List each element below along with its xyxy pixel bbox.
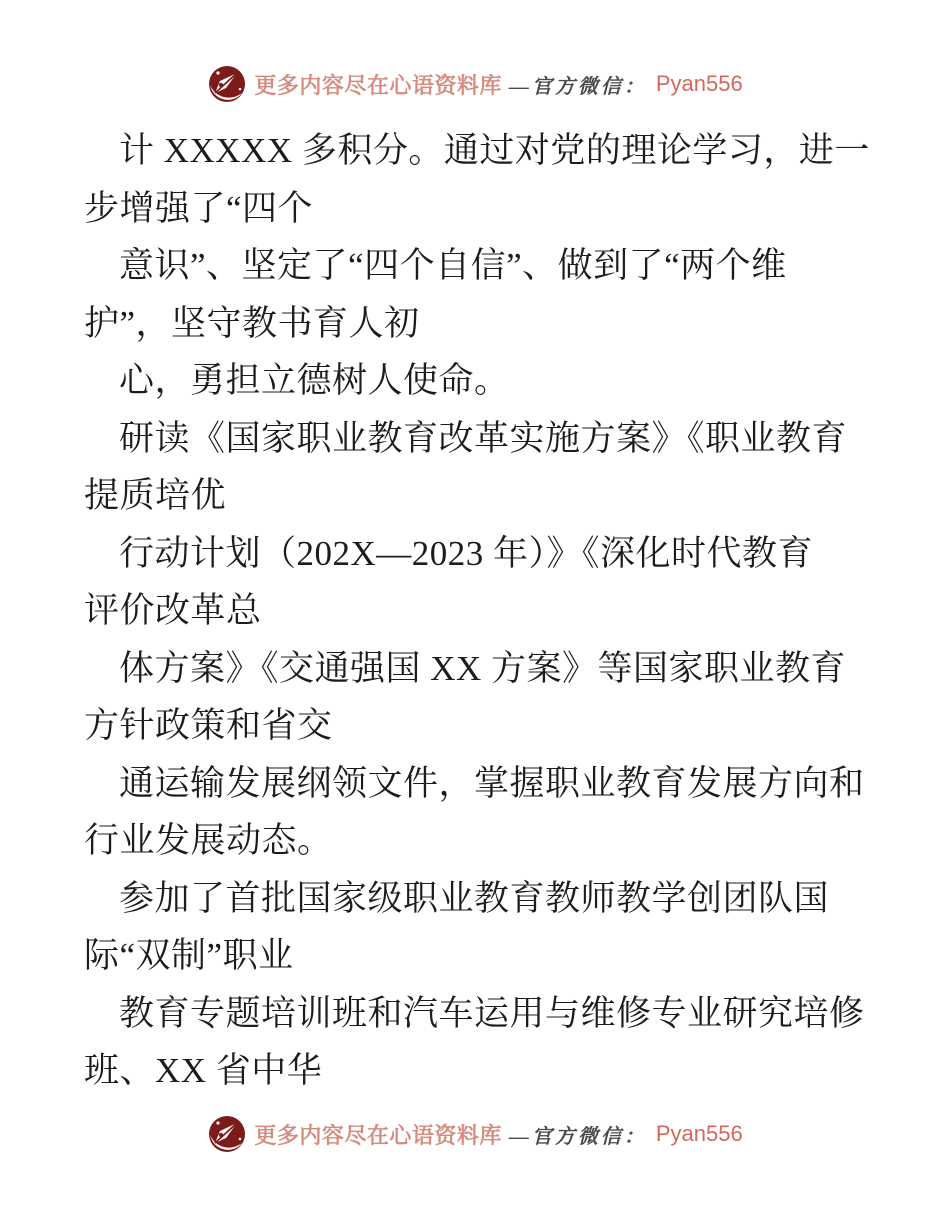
- document-page: { "theme": { "page-bg": "#ffffff", "text…: [0, 0, 950, 1230]
- text-line: 方针政策和省交: [84, 697, 896, 755]
- text-line: 计 XXXXX 多积分。通过对党的理论学习，进一: [84, 122, 896, 180]
- brand-text: 更多内容尽在心语资料库: [254, 1119, 502, 1150]
- wechat-label: —官方微信：: [509, 1120, 647, 1149]
- document-body: 计 XXXXX 多积分。通过对党的理论学习，进一步增强了“四个意识”、坚定了“四…: [84, 122, 896, 1100]
- text-line: 参加了首批国家级职业教育教师教学创团队国: [84, 870, 896, 928]
- text-line: 评价改革总: [84, 582, 896, 640]
- text-line: 提质培优: [84, 467, 896, 525]
- text-line: 步增强了“四个: [84, 180, 896, 238]
- text-line: 行业发展动态。: [84, 812, 896, 870]
- footer-watermark: 更多内容尽在心语资料库 —官方微信： Pyan556: [0, 1114, 950, 1154]
- text-line: 通运输发展纲领文件，掌握职业教育发展方向和: [84, 755, 896, 813]
- text-line: 教育专题培训班和汽车运用与维修专业研究培修: [84, 985, 896, 1043]
- text-line: 意识”、坚定了“四个自信”、做到了“两个维: [84, 237, 896, 295]
- text-line: 心，勇担立德树人使命。: [84, 352, 896, 410]
- pen-swirl-logo-icon: [207, 1114, 247, 1154]
- header-watermark: 更多内容尽在心语资料库 —官方微信： Pyan556: [0, 64, 950, 104]
- wechat-id: Pyan556: [656, 71, 743, 97]
- text-line: 研读《国家职业教育改革实施方案》《职业教育: [84, 410, 896, 468]
- brand-text: 更多内容尽在心语资料库: [254, 69, 502, 100]
- text-line: 行动计划（202X—2023 年）》《深化时代教育: [84, 525, 896, 583]
- text-line: 班、XX 省中华: [84, 1042, 896, 1100]
- wechat-label: —官方微信：: [509, 70, 647, 99]
- wechat-id: Pyan556: [656, 1121, 743, 1147]
- text-line: 护”，坚守教书育人初: [84, 295, 896, 353]
- pen-swirl-logo-icon: [207, 64, 247, 104]
- text-line: 体方案》《交通强国 XX 方案》等国家职业教育: [84, 640, 896, 698]
- text-line: 际“双制”职业: [84, 927, 896, 985]
